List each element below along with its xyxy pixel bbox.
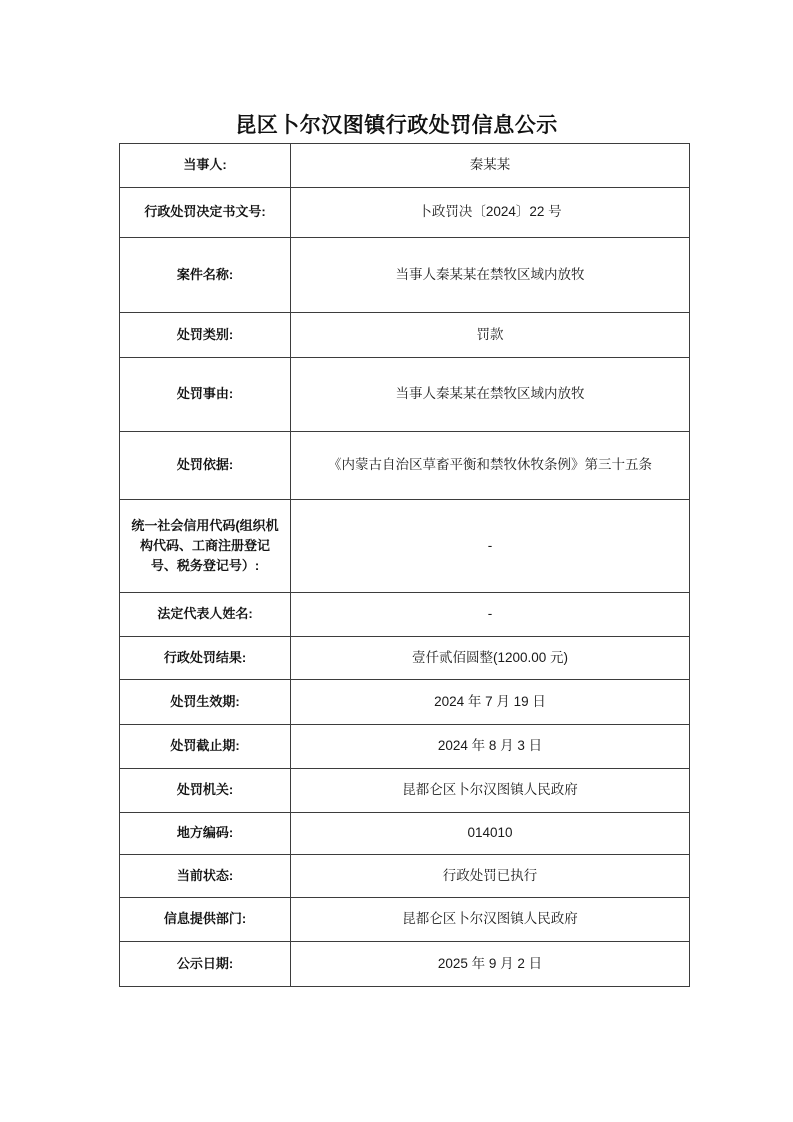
field-value: 卜政罚决〔2024〕22 号 — [291, 188, 690, 238]
field-label: 处罚依据: — [120, 432, 291, 500]
penalty-table-body: 当事人:秦某某行政处罚决定书文号:卜政罚决〔2024〕22 号案件名称:当事人秦… — [120, 144, 690, 987]
field-label: 统一社会信用代码(组织机构代码、工商注册登记号、税务登记号）: — [120, 500, 291, 593]
field-value: 昆都仑区卜尔汉图镇人民政府 — [291, 898, 690, 942]
field-label: 处罚截止期: — [120, 725, 291, 769]
field-value: - — [291, 593, 690, 637]
field-label: 当事人: — [120, 144, 291, 188]
table-row: 处罚生效期:2024 年 7 月 19 日 — [120, 680, 690, 725]
field-value: 壹仟贰佰圆整(1200.00 元) — [291, 637, 690, 680]
field-value: 昆都仑区卜尔汉图镇人民政府 — [291, 769, 690, 813]
table-row: 信息提供部门:昆都仑区卜尔汉图镇人民政府 — [120, 898, 690, 942]
document-page: 昆区卜尔汉图镇行政处罚信息公示 当事人:秦某某行政处罚决定书文号:卜政罚决〔20… — [0, 0, 793, 1122]
field-label: 行政处罚结果: — [120, 637, 291, 680]
field-label: 地方编码: — [120, 813, 291, 855]
field-label: 行政处罚决定书文号: — [120, 188, 291, 238]
field-label: 处罚生效期: — [120, 680, 291, 725]
field-value: 当事人秦某某在禁牧区域内放牧 — [291, 238, 690, 313]
field-value: 秦某某 — [291, 144, 690, 188]
field-value: 014010 — [291, 813, 690, 855]
field-value: - — [291, 500, 690, 593]
table-row: 统一社会信用代码(组织机构代码、工商注册登记号、税务登记号）:- — [120, 500, 690, 593]
field-value: 2024 年 7 月 19 日 — [291, 680, 690, 725]
field-label: 当前状态: — [120, 855, 291, 898]
table-row: 案件名称:当事人秦某某在禁牧区域内放牧 — [120, 238, 690, 313]
field-label: 法定代表人姓名: — [120, 593, 291, 637]
table-row: 行政处罚结果:壹仟贰佰圆整(1200.00 元) — [120, 637, 690, 680]
table-row: 地方编码:014010 — [120, 813, 690, 855]
field-label: 案件名称: — [120, 238, 291, 313]
field-value: 2025 年 9 月 2 日 — [291, 942, 690, 987]
table-row: 公示日期:2025 年 9 月 2 日 — [120, 942, 690, 987]
table-row: 处罚依据:《内蒙古自治区草畜平衡和禁牧休牧条例》第三十五条 — [120, 432, 690, 500]
field-value: 《内蒙古自治区草畜平衡和禁牧休牧条例》第三十五条 — [291, 432, 690, 500]
table-row: 处罚截止期:2024 年 8 月 3 日 — [120, 725, 690, 769]
table-row: 处罚机关:昆都仑区卜尔汉图镇人民政府 — [120, 769, 690, 813]
field-value: 2024 年 8 月 3 日 — [291, 725, 690, 769]
table-row: 当事人:秦某某 — [120, 144, 690, 188]
penalty-table: 当事人:秦某某行政处罚决定书文号:卜政罚决〔2024〕22 号案件名称:当事人秦… — [119, 143, 690, 987]
table-row: 法定代表人姓名:- — [120, 593, 690, 637]
table-row: 行政处罚决定书文号:卜政罚决〔2024〕22 号 — [120, 188, 690, 238]
field-value: 当事人秦某某在禁牧区域内放牧 — [291, 358, 690, 432]
field-label: 处罚类别: — [120, 313, 291, 358]
table-row: 处罚类别:罚款 — [120, 313, 690, 358]
table-row: 当前状态:行政处罚已执行 — [120, 855, 690, 898]
field-label: 处罚机关: — [120, 769, 291, 813]
field-value: 罚款 — [291, 313, 690, 358]
field-label: 信息提供部门: — [120, 898, 291, 942]
field-value: 行政处罚已执行 — [291, 855, 690, 898]
page-title: 昆区卜尔汉图镇行政处罚信息公示 — [0, 109, 793, 139]
table-row: 处罚事由:当事人秦某某在禁牧区域内放牧 — [120, 358, 690, 432]
field-label: 处罚事由: — [120, 358, 291, 432]
field-label: 公示日期: — [120, 942, 291, 987]
